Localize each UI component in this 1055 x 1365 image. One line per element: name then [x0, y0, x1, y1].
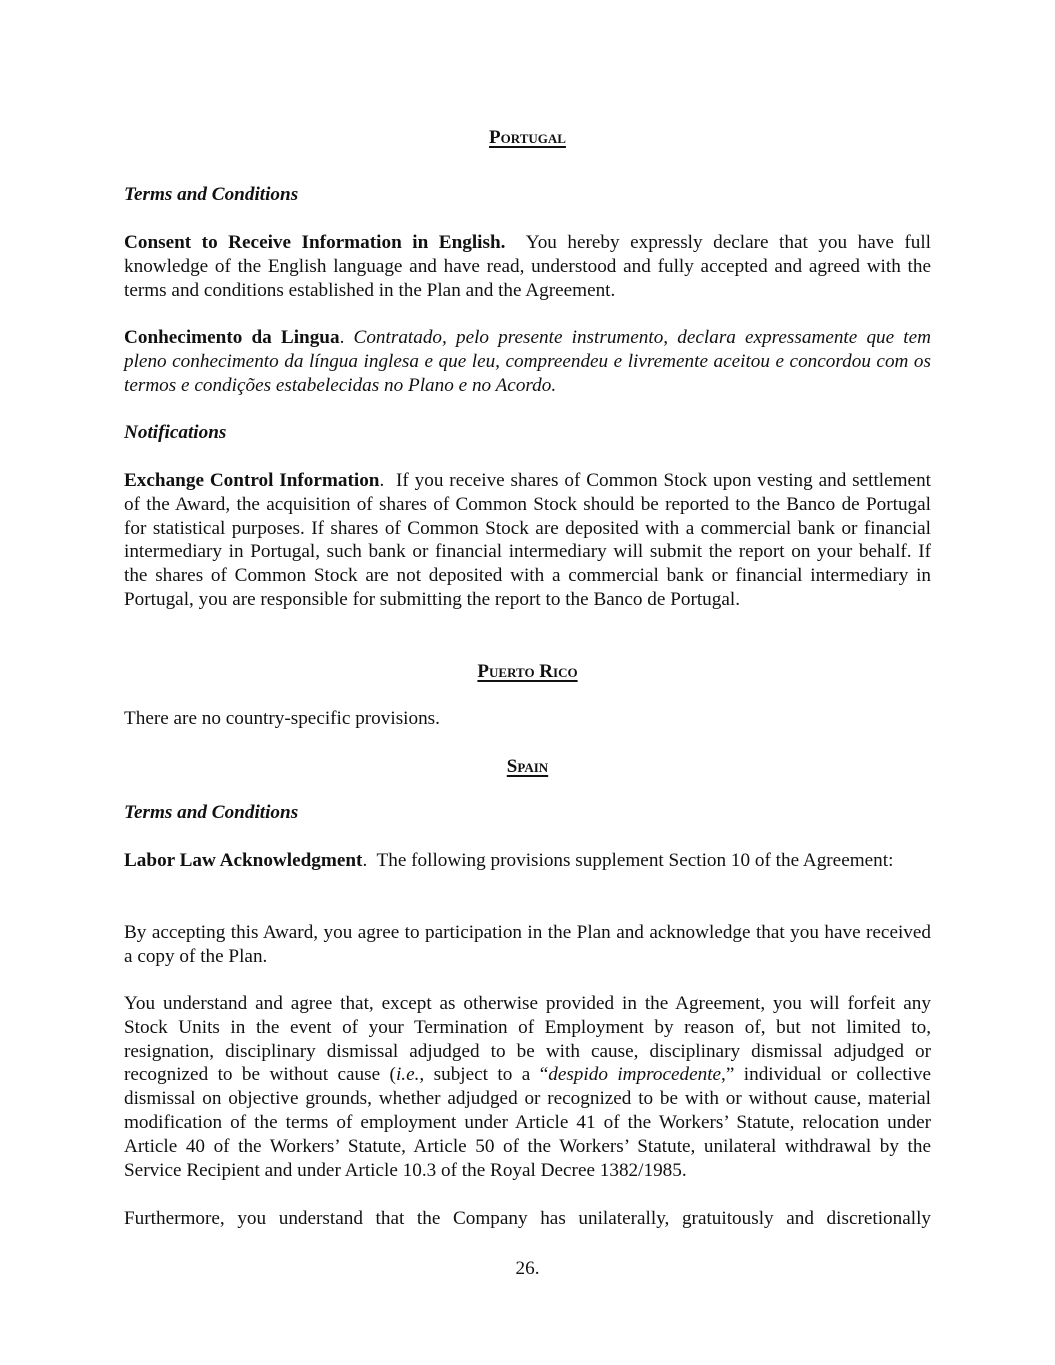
spain-labor-paragraph: Labor Law Acknowledgment. The following …	[124, 849, 931, 873]
section-heading-spain: Spain	[124, 755, 931, 779]
labor-punct: .	[362, 850, 367, 871]
spain-terms-heading: Terms and Conditions	[124, 801, 931, 825]
forfeit-ie: i.e.	[396, 1064, 419, 1085]
exchange-lead: Exchange Control Information	[124, 470, 379, 491]
portugal-consent-paragraph: Consent to Receive Information in Englis…	[124, 231, 931, 302]
section-heading-puerto-rico: Puerto Rico	[124, 660, 931, 684]
forfeit-despido: despido improcedente	[548, 1064, 721, 1085]
portugal-notifications-heading: Notifications	[124, 421, 931, 445]
spain-furthermore-paragraph: Furthermore, you understand that the Com…	[124, 1207, 931, 1231]
page-number: 26.	[124, 1257, 931, 1281]
conhecimento-lead: Conhecimento da Lingua	[124, 327, 340, 348]
forfeit-text-2: , subject to a “	[419, 1064, 548, 1085]
spain-accepting-paragraph: By accepting this Award, you agree to pa…	[124, 921, 931, 969]
labor-lead: Labor Law Acknowledgment	[124, 850, 362, 871]
portugal-exchange-paragraph: Exchange Control Information. If you rec…	[124, 469, 931, 612]
consent-lead: Consent to Receive Information in Englis…	[124, 232, 505, 253]
conhecimento-punct: .	[340, 327, 354, 348]
portugal-terms-heading: Terms and Conditions	[124, 183, 931, 207]
portugal-conhecimento-paragraph: Conhecimento da Lingua. Contratado, pelo…	[124, 326, 931, 397]
section-heading-portugal: Portugal	[124, 126, 931, 150]
puerto-rico-paragraph: There are no country-specific provisions…	[124, 707, 931, 731]
spain-forfeit-paragraph: You understand and agree that, except as…	[124, 992, 931, 1182]
labor-body: The following provisions supplement Sect…	[377, 850, 894, 871]
exchange-punct: .	[379, 470, 384, 491]
